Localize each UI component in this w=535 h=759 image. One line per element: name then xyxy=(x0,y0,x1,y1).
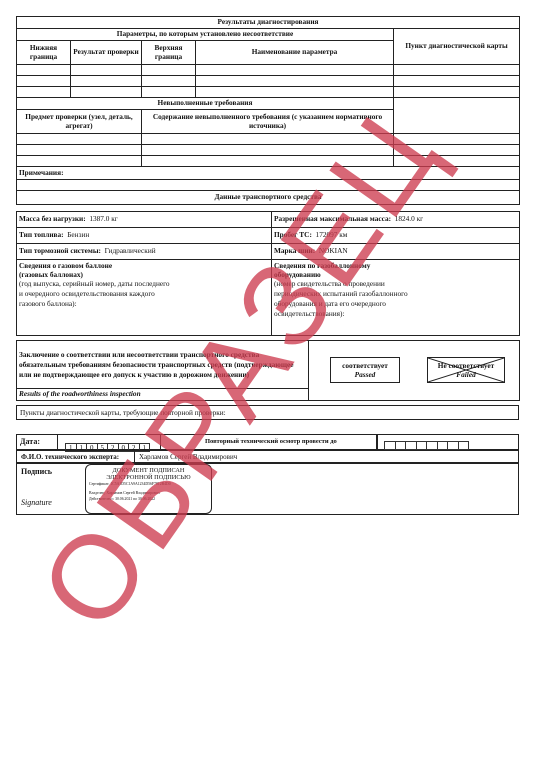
recheck-label: Пункты диагностической карты, требующие … xyxy=(20,408,226,417)
mileage-label: Пробег ТС: xyxy=(274,230,312,239)
expert-row: Ф.И.О. технического эксперта: Харламов С… xyxy=(16,450,519,463)
tires-label: Марка шин: xyxy=(274,246,315,255)
signature-label-en: Signature xyxy=(21,498,52,507)
table-row xyxy=(17,65,520,76)
stamp-cert: Сертификат: 1C5A1D5C1A9A1234D56F7812B4D0 xyxy=(86,482,211,487)
mass-max-label: Разрешенная максимальная масса: xyxy=(274,214,391,223)
passed-box[interactable]: соответствует Passed xyxy=(330,357,400,383)
table-row xyxy=(17,145,520,156)
signature-row: Подпись Signature ДОКУМЕНТ ПОДПИСАН ЭЛЕК… xyxy=(16,463,519,515)
signature-label-ru: Подпись xyxy=(21,467,52,476)
params-header: Параметры, по которым установлено несоот… xyxy=(17,29,394,41)
gas-equipment-title: Сведения по газобаллонному оборудованию xyxy=(274,262,394,279)
brake-value: Гидравлический xyxy=(105,246,156,255)
date-label: Дата: xyxy=(20,437,40,446)
repeat-inspection-label: Повторный технический осмотр провести до xyxy=(205,438,337,445)
gas-cylinder-desc: (год выпуска, серийный номер, даты после… xyxy=(19,279,174,309)
gas-cylinder-title: Сведения о газовом баллоне (газовых балл… xyxy=(19,262,139,279)
date-row: Дата: 11052021 Повторный технический осм… xyxy=(16,434,519,450)
fuel-value: Бензин xyxy=(67,230,89,239)
gas-equipment-desc: (номер свидетельства о проведении период… xyxy=(274,279,419,319)
col-subject: Предмет проверки (узел, деталь, агрегат) xyxy=(17,110,142,134)
results-table: Результаты диагностирования Параметры, п… xyxy=(16,16,520,205)
brake-label: Тип тормозной системы: xyxy=(19,246,101,255)
passed-ru: соответствует xyxy=(331,361,399,370)
vehicle-title: Данные транспортного средства xyxy=(17,191,520,205)
expert-label: Ф.И.О. технического эксперта: xyxy=(21,453,119,461)
results-title: Результаты диагностирования xyxy=(17,17,520,29)
fuel-label: Тип топлива: xyxy=(19,230,64,239)
passed-en: Passed xyxy=(331,370,399,379)
col-requirement: Содержание невыполненного требования (с … xyxy=(142,110,394,134)
table-row xyxy=(17,134,520,145)
col-upper-limit: Верхняя граница xyxy=(142,41,196,65)
recheck-field: Пункты диагностической карты, требующие … xyxy=(16,405,519,420)
stamp-valid: Действителен с 30.06.2021 по 30.06.2022 xyxy=(86,497,211,502)
mass-empty-label: Масса без нагрузки: xyxy=(19,214,86,223)
failed-box[interactable]: Не соответствует Failed xyxy=(427,357,505,383)
stamp-title: ДОКУМЕНТ ПОДПИСАН ЭЛЕКТРОННОЙ ПОДПИСЬЮ xyxy=(86,465,211,481)
cross-out-icon xyxy=(428,358,504,382)
col-lower-limit: Нижняя граница xyxy=(17,41,71,65)
col-param-name: Наименование параметра xyxy=(196,41,394,65)
vehicle-table: Масса без нагрузки: 1387.0 кг Разрешенна… xyxy=(16,211,520,336)
mileage-value: 172097 км xyxy=(316,230,348,239)
table-row xyxy=(17,76,520,87)
stamp-owner: Владелец: Харламов Сергей Владимирович xyxy=(86,491,211,496)
card-item-header: Пункт диагностической карты xyxy=(394,29,520,65)
notes-label: Примечания: xyxy=(17,167,520,180)
expert-name: Харламов Сергей Владимирович xyxy=(139,453,237,461)
notes-field xyxy=(17,180,520,191)
mass-max-value: 1824.0 кг xyxy=(395,214,423,223)
conclusion-text: Заключение о соответствии или несоответс… xyxy=(17,341,309,389)
unfulfilled-title: Невыполненные требования xyxy=(17,98,394,110)
col-check-result: Результат проверки xyxy=(71,41,142,65)
conclusion-text-en: Results of the roadworthiness inspection xyxy=(17,389,309,401)
table-row xyxy=(17,87,520,98)
table-row xyxy=(17,156,520,167)
mass-empty-value: 1387.0 кг xyxy=(89,214,117,223)
e-signature-stamp: ДОКУМЕНТ ПОДПИСАН ЭЛЕКТРОННОЙ ПОДПИСЬЮ С… xyxy=(85,464,212,514)
tires-value: NOKIAN xyxy=(319,246,348,255)
